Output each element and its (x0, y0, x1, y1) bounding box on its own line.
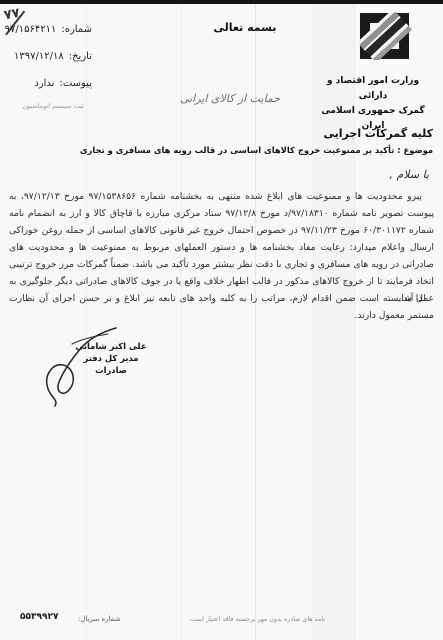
letter-meta-fields: شماره:۹۷/۱۵۶۴۲۱۱ تاریخ:۱۳۹۷/۱۲/۱۸ پیوست:… (4, 22, 92, 103)
letter-number-row: شماره:۹۷/۱۵۶۴۲۱۱ (4, 22, 92, 37)
number-value: ۹۷/۱۵۶۴۲۱۱ (5, 24, 57, 35)
handwritten-signature-scribble (28, 322, 120, 410)
attachment-value: ندارد (34, 78, 54, 89)
number-label: شماره: (61, 24, 92, 35)
handwritten-reference-mark: ۷۷ (3, 6, 21, 24)
greeting-line: با سلام , (390, 168, 430, 181)
letter-attachment-row: پیوست:ندارد (4, 76, 92, 91)
footer-disclaimer: نامه های صادره بدون مهر برجسته فاقد اعتب… (140, 616, 325, 623)
letter-date-row: تاریخ:۱۳۹۷/۱۲/۱۸ (4, 49, 92, 64)
scanned-letter-page: ۷۷ شماره:۹۷/۱۵۶۴۲۱۱ تاریخ:۱۳۹۷/۱۲/۱۸ پیو… (0, 0, 443, 640)
subject-line: موضوع : تأکید بر ممنوعیت خروج کالاهای اس… (10, 145, 433, 155)
recipient-line: کلیه گمرکات اجرایی (10, 127, 433, 140)
automation-registration-note: ثبت سیستم اتوماسیون (14, 102, 92, 110)
iran-customs-emblem-icon (357, 12, 413, 60)
subject-label: موضوع : (397, 145, 433, 155)
serial-number-label: شماره سریال: (78, 615, 121, 623)
body-paragraph-2: لذا شایسته است ضمن اقدام لازم، مراتب را … (9, 290, 434, 324)
date-value: ۱۳۹۷/۱۲/۱۸ (14, 51, 64, 62)
date-label: تاریخ: (69, 51, 92, 62)
attachment-label: پیوست: (59, 78, 92, 89)
scan-edge-artifact (0, 0, 443, 4)
serial-number-value: ۵۵۳۹۹۲۷ (20, 612, 58, 622)
bismillah-heading: بسمه تعالی (185, 21, 305, 34)
organization-block: وزارت امور اقتصاد و دارائی گمرک جمهوری ا… (313, 74, 433, 134)
year-slogan: حمایت از کالای ایرانی (168, 92, 292, 105)
ministry-name: وزارت امور اقتصاد و دارائی (313, 74, 433, 104)
subject-text: تأکید بر ممنوعیت خروج کالاهای اساسی در ق… (80, 145, 394, 155)
